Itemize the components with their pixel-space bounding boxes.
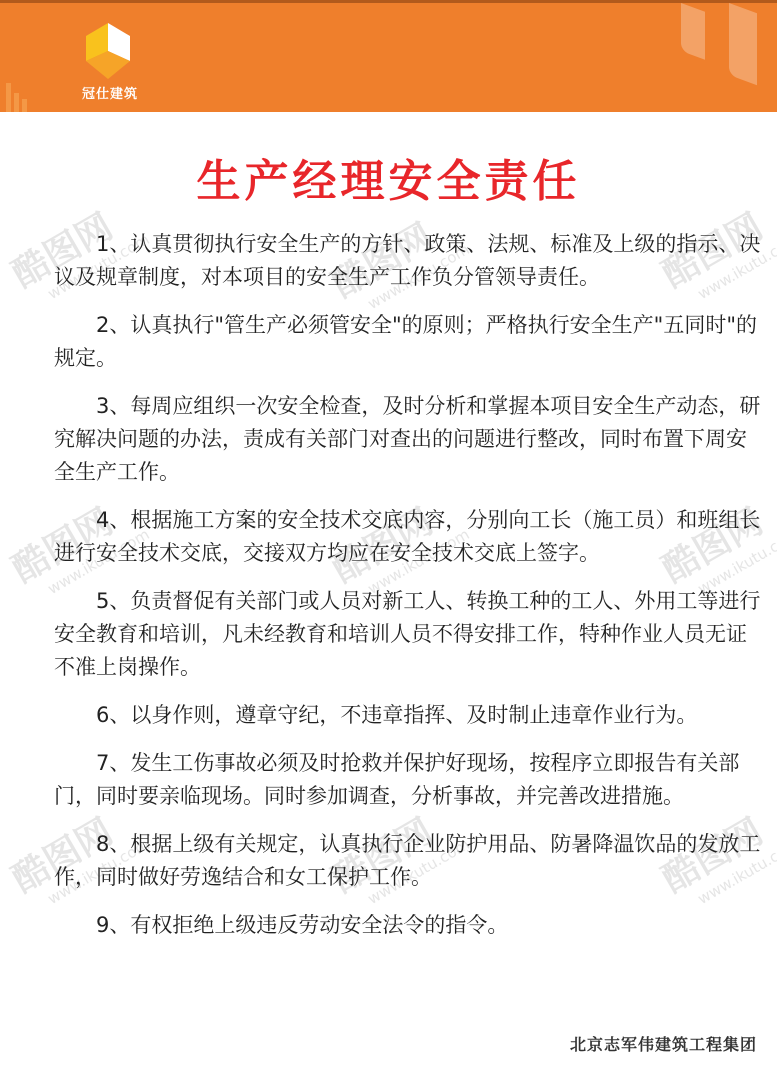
responsibility-item: 7、发生工伤事故必须及时抢救并保护好现场，按程序立即报告有关部门，同时要亲临现场… (54, 747, 764, 813)
company-name: 冠仕建筑 (82, 83, 142, 102)
responsibility-item: 2、认真执行"管生产必须管安全"的原则；严格执行安全生产"五同时"的规定。 (54, 309, 764, 375)
responsibility-item: 5、负责督促有关部门或人员对新工人、转换工种的工人、外用工等进行安全教育和培训，… (54, 585, 764, 684)
decor-stripe (6, 83, 11, 112)
decor-stripe (681, 3, 705, 60)
responsibility-item: 3、每周应组织一次安全检查，及时分析和掌握本项目安全生产动态，研究解决问题的办法… (54, 390, 764, 489)
decor-stripe (22, 99, 27, 112)
cube-logo-icon (84, 23, 132, 79)
responsibility-item: 4、根据施工方案的安全技术交底内容，分别向工长（施工员）和班组长进行安全技术交底… (54, 504, 764, 570)
company-logo: 冠仕建筑 (82, 23, 142, 102)
document-title: 生产经理安全责任 (0, 145, 777, 209)
responsibility-list: 1、认真贯彻执行安全生产的方针、政策、法规、标准及上级的指示、决议及规章制度，对… (54, 228, 764, 957)
responsibility-item: 8、根据上级有关规定，认真执行企业防护用品、防暑降温饮品的发放工作，同时做好劳逸… (54, 828, 764, 894)
responsibility-item: 9、有权拒绝上级违反劳动安全法令的指令。 (54, 909, 764, 942)
organization-signature: 北京志军伟建筑工程集团 (570, 1032, 757, 1055)
decor-stripe (729, 3, 757, 85)
header-banner: 冠仕建筑 (0, 0, 777, 112)
responsibility-item: 1、认真贯彻执行安全生产的方针、政策、法规、标准及上级的指示、决议及规章制度，对… (54, 228, 764, 294)
decor-stripe (14, 93, 19, 112)
responsibility-item: 6、以身作则，遵章守纪，不违章指挥、及时制止违章作业行为。 (54, 699, 764, 732)
